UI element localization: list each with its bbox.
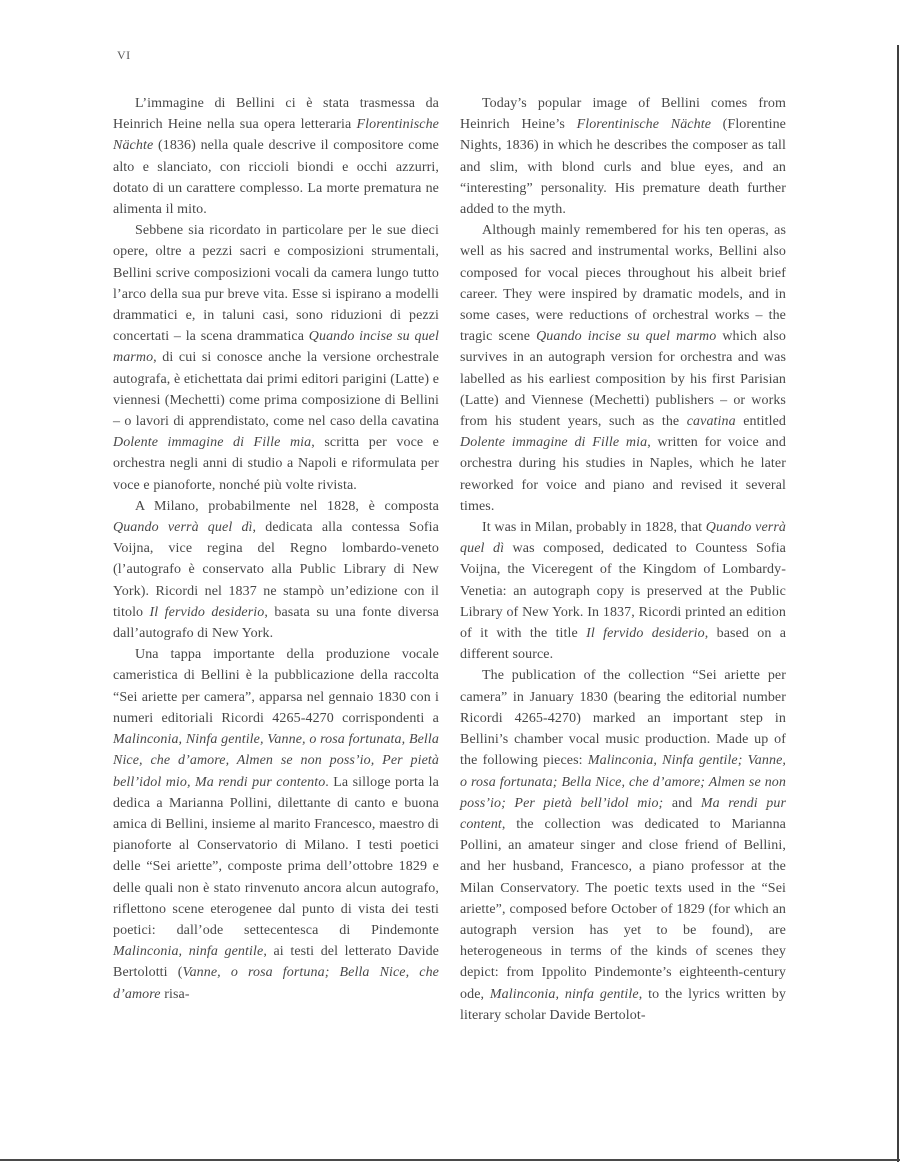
paragraph: The publication of the collection “Sei a… — [460, 665, 786, 1025]
paragraph: Una tappa importante della produzione vo… — [113, 644, 439, 1004]
text-run: entitled — [736, 414, 786, 429]
text-run: A Milano, probabilmente nel 1828, è comp… — [135, 499, 439, 514]
text-run: and — [663, 796, 701, 811]
text-run: risa- — [161, 987, 190, 1002]
work-title-italic: Florentinische Nächte — [577, 117, 711, 132]
text-run: , di cui si conosce anche la versione or… — [113, 350, 439, 429]
text-run: , the collection was dedicated to Marian… — [460, 817, 786, 1002]
scan-edge-right — [897, 45, 899, 1162]
paragraph: Today’s popular image of Bellini comes f… — [460, 93, 786, 220]
paragraph: L’immagine di Bellini ci è stata trasmes… — [113, 93, 439, 220]
work-title-italic: Quando verrà quel dì — [113, 520, 253, 535]
paragraph: It was in Milan, probably in 1828, that … — [460, 517, 786, 665]
paragraph: Sebbene sia ricordato in particolare per… — [113, 220, 439, 496]
text-run: . La silloge porta la dedica a Marianna … — [113, 775, 439, 938]
page-number: VI — [117, 48, 131, 63]
column-right-english: Today’s popular image of Bellini comes f… — [460, 93, 786, 1026]
work-title-italic: Dolente immagine di Fille mia — [460, 435, 647, 450]
paragraph: Although mainly remembered for his ten o… — [460, 220, 786, 517]
text-run: It was in Milan, probably in 1828, that — [482, 520, 706, 535]
work-title-italic: Dolente immagine di Fille mia — [113, 435, 311, 450]
text-columns: L’immagine di Bellini ci è stata trasmes… — [113, 93, 786, 1026]
text-run: Una tappa importante della produzione vo… — [113, 647, 439, 726]
paragraph: A Milano, probabilmente nel 1828, è comp… — [113, 496, 439, 644]
column-left-italian: L’immagine di Bellini ci è stata trasmes… — [113, 93, 439, 1026]
scan-edge-bottom — [0, 1159, 900, 1161]
work-title-italic: Malinconia, ninfa gentile — [113, 944, 263, 959]
work-title-italic: Il fervido desiderio — [150, 605, 265, 620]
work-title-italic: Il fervido desiderio — [586, 626, 705, 641]
text-run: (1836) nella quale descrive il composito… — [113, 138, 439, 217]
text-run: Sebbene sia ricordato in particolare per… — [113, 223, 439, 344]
work-title-italic: Quando incise su quel marmo — [536, 329, 716, 344]
text-run: Although mainly remembered for his ten o… — [460, 223, 786, 344]
book-page: VI L’immagine di Bellini ci è stata tras… — [0, 0, 900, 1164]
work-title-italic: cavatina — [687, 414, 736, 429]
work-title-italic: Malinconia, ninfa gentile — [490, 987, 639, 1002]
